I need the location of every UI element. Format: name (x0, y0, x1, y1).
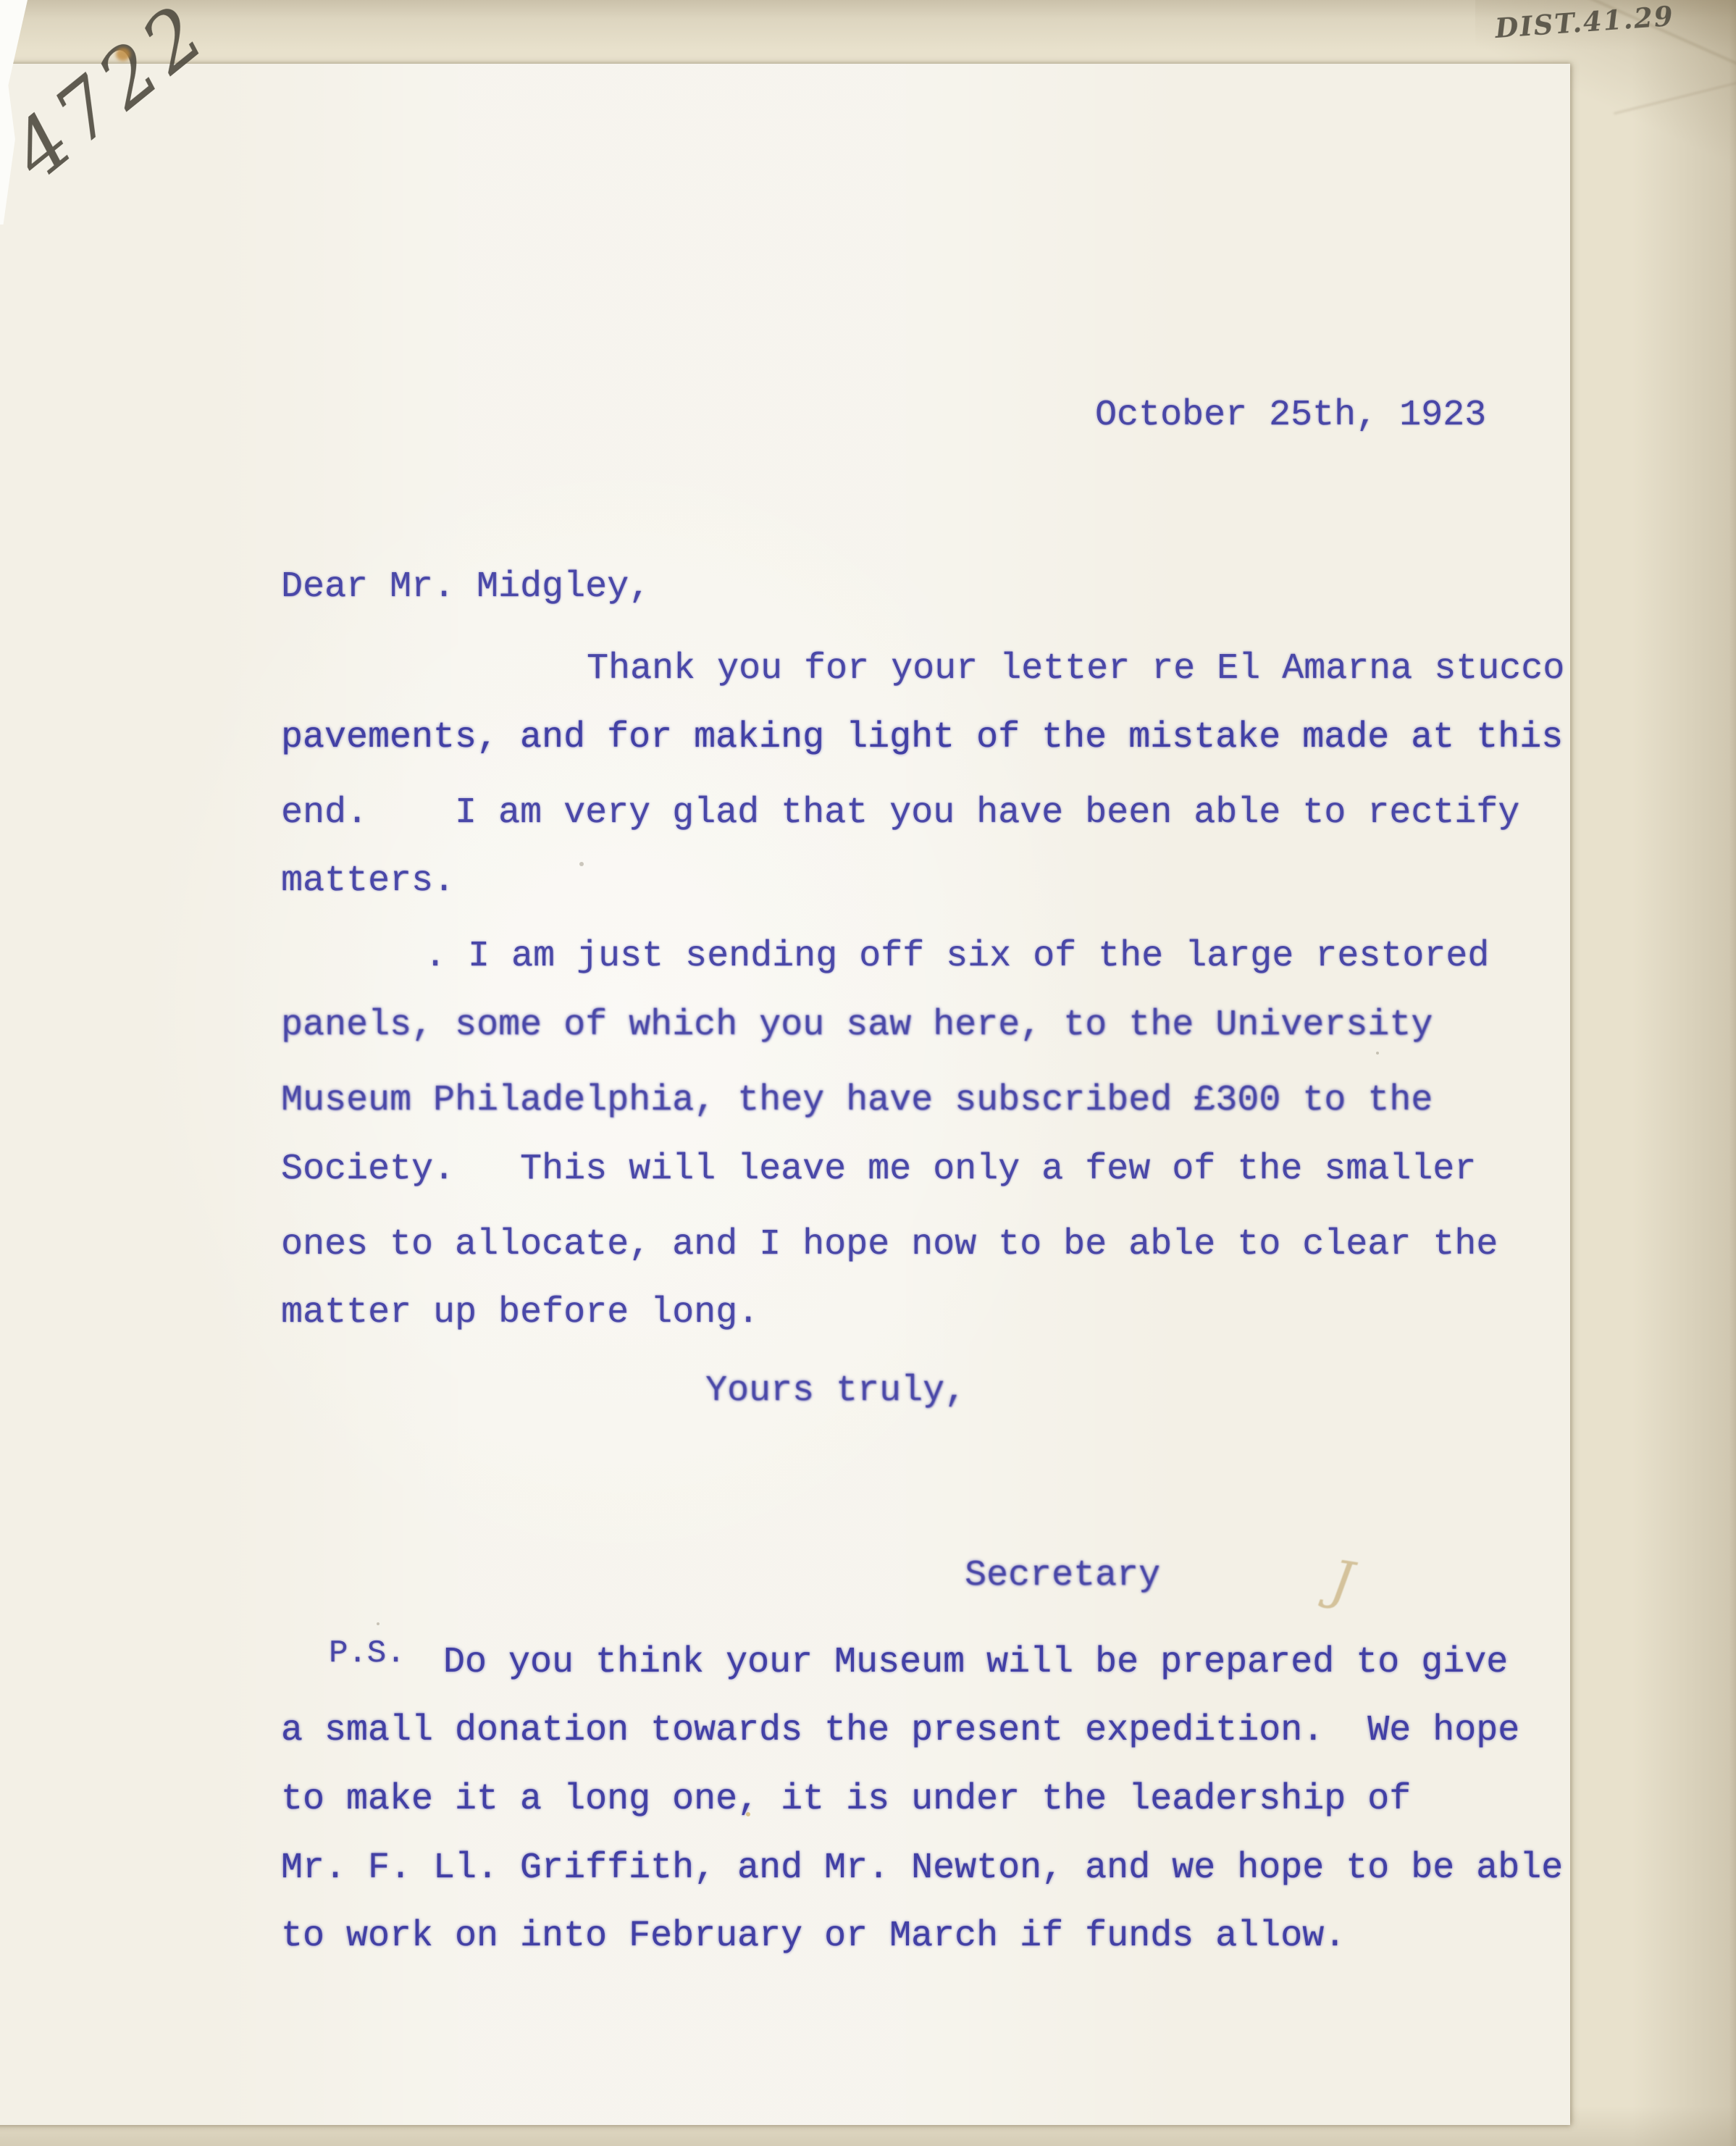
scanned-letter-page: DIST.41.29 4722 October 25th, 1923 Dear … (0, 0, 1736, 2146)
signature-title: Secretary (965, 1558, 1160, 1594)
closing: Yours truly, (705, 1373, 966, 1409)
body-line: Museum Philadelphia, they have subscribe… (281, 1083, 1433, 1119)
ps-line: a small donation towards the present exp… (281, 1713, 1519, 1749)
ps-line: to work on into February or March if fun… (281, 1919, 1346, 1955)
body-line: pavements, and for making light of the m… (281, 720, 1563, 756)
body-line: ones to allocate, and I hope now to be a… (281, 1227, 1498, 1263)
body-line: end. I am very glad that you have been a… (281, 795, 1519, 831)
ps-line: Mr. F. Ll. Griffith, and Mr. Newton, and… (281, 1850, 1563, 1887)
ps-label: P.S. (329, 1638, 406, 1669)
body-line: Society. This will leave me only a few o… (281, 1152, 1476, 1188)
body-line: . I am just sending off six of the large… (424, 939, 1489, 975)
body-line: matter up before long. (281, 1295, 759, 1331)
crease-line (1614, 72, 1736, 114)
date-line: October 25th, 1923 (1095, 398, 1486, 434)
body-line: Thank you for your letter re El Amarna s… (587, 651, 1564, 687)
salutation: Dear Mr. Midgley, (281, 569, 650, 605)
body-line: matters. (281, 863, 455, 900)
ps-line: Do you think your Museum will be prepare… (443, 1645, 1508, 1681)
ps-line: to make it a long one, it is under the l… (281, 1782, 1411, 1818)
body-line: panels, some of which you saw here, to t… (281, 1007, 1433, 1044)
handwritten-reference: DIST.41.29 (1494, 0, 1727, 44)
